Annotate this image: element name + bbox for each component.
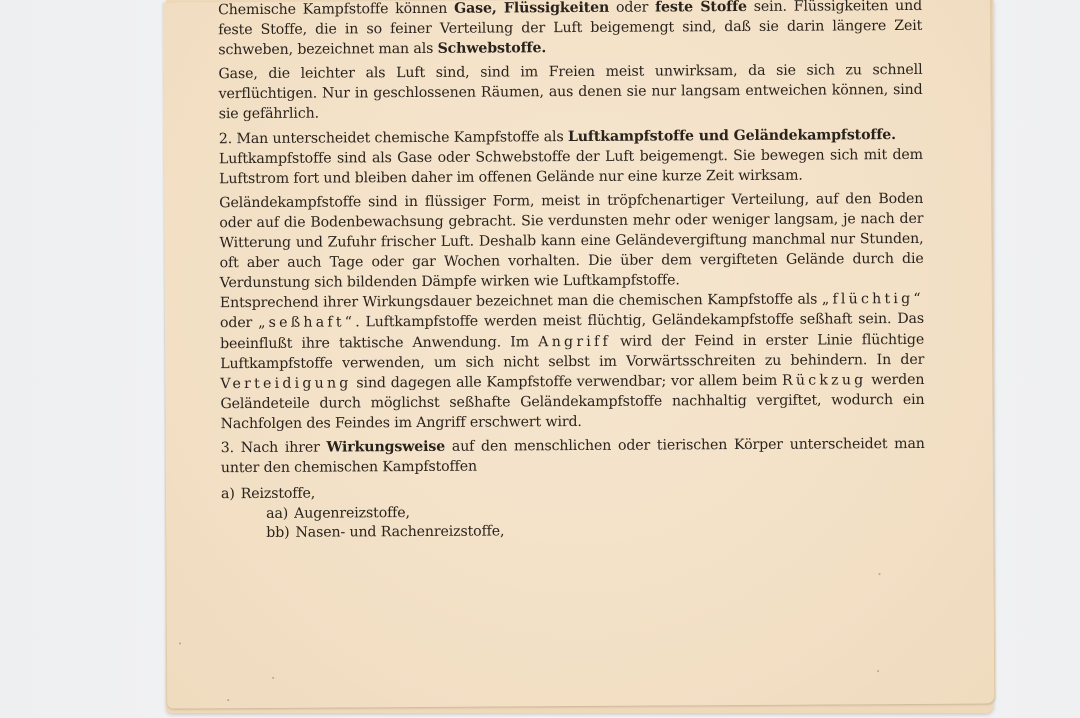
emphasis-bold: Schwebstoffe. (437, 40, 546, 57)
list-marker: bb) (266, 524, 289, 540)
paper-speck (227, 699, 229, 701)
emphasis-bold: feste Stoffe (655, 0, 747, 16)
list-item-text: Nasen- und Rachenreizstoffe, (295, 523, 504, 540)
emphasis-bold: Luftkampfstoffe und Geländekampfstoffe. (568, 127, 896, 145)
text-run: Luftkampfstoffe sind als Gase oder Schwe… (219, 147, 923, 187)
paragraph-chemical-agents-states: Chemische Kampfstoffe können Gase, Flüss… (218, 0, 922, 60)
paragraph-section-3-mode-of-action: 3. Nach ihrer Wirkungsweise auf den mens… (221, 434, 925, 478)
photo-stage: Chemische Kampfstoffe können Gase, Flüss… (0, 0, 1080, 718)
emphasis-spaced: „seßhaft“ (258, 315, 355, 332)
emphasis-spaced: Angriff (538, 333, 611, 349)
emphasis-spaced: Verteidigung (220, 375, 351, 392)
text-run: oder (220, 315, 258, 331)
paper-speck (272, 677, 274, 679)
text-run: Gase, die leichter als Luft sind, sind i… (218, 62, 922, 122)
list-item-bb: bb)Nasen- und Rachenreizstoffe, (266, 520, 925, 543)
paragraph-terrain-agents: Geländekampfstoffe sind in flüssiger For… (219, 189, 924, 294)
agent-classification-list: a)Reizstoffe, aa)Augenreizstoffe, bb)Nas… (221, 480, 925, 543)
list-item-text: Reizstoffe, (241, 486, 315, 502)
text-run: 2. Man unterscheidet chemische Kampfstof… (219, 129, 568, 147)
list-marker: a) (221, 486, 235, 502)
emphasis-bold: Gase, Flüssigkeiten (454, 0, 609, 17)
emphasis-spaced: Rückzug (782, 372, 867, 389)
sub-list: aa)Augenreizstoffe, bb)Nasen- und Rachen… (221, 501, 925, 543)
text-run: Chemische Kampfstoffe können (218, 1, 454, 18)
paragraph-air-agents: Luftkampfstoffe sind als Gase oder Schwe… (219, 145, 923, 189)
text-run: sind dagegen alle Kampfstoffe verwendbar… (352, 372, 782, 391)
paper-speck (877, 670, 879, 672)
list-marker: aa) (266, 505, 288, 521)
paper-speck (879, 573, 881, 575)
text-run: Entsprechend ihrer Wirkungsdauer bezeich… (220, 292, 822, 312)
document-text: Chemische Kampfstoffe können Gase, Flüss… (218, 0, 925, 543)
paragraph-volatile-persistent: Entsprechend ihrer Wirkungsdauer bezeich… (220, 289, 925, 434)
text-run: Geländekampfstoffe sind in flüssiger For… (219, 191, 923, 292)
emphasis-spaced: „flüchtig“ (822, 291, 924, 308)
text-run: 3. Nach ihrer (221, 440, 327, 457)
list-item-text: Augenreizstoffe, (294, 505, 410, 522)
paragraph-gases-lighter-than-air: Gase, die leichter als Luft sind, sind i… (218, 60, 922, 125)
emphasis-bold: Wirkungsweise (326, 439, 445, 456)
text-run: oder (609, 0, 655, 16)
list-item-a: a)Reizstoffe, aa)Augenreizstoffe, bb)Nas… (221, 480, 925, 543)
paper-speck (179, 642, 181, 644)
document-page: Chemische Kampfstoffe können Gase, Flüss… (163, 0, 995, 709)
